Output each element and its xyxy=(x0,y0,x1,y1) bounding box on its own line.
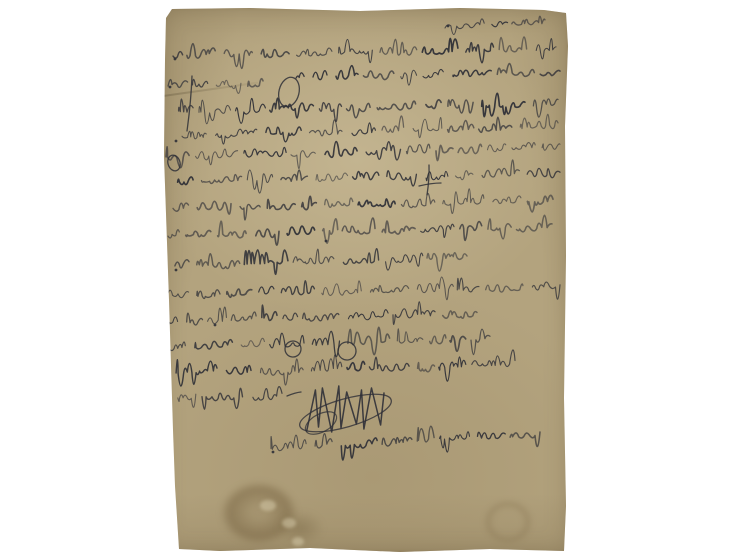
ink-dot xyxy=(175,140,178,143)
ink-dot xyxy=(169,86,172,89)
ink-dot xyxy=(214,324,217,327)
handwriting-line-body-9 xyxy=(175,249,467,275)
letter-paper xyxy=(160,6,570,554)
scan-background: ה' תמוז, מיר. שלום רב Hebrew cursive han… xyxy=(0,0,740,557)
handwriting-line-body-2a xyxy=(276,64,560,109)
handwriting-line-body-2b xyxy=(168,79,263,94)
ink-dot xyxy=(447,25,450,28)
handwriting-line-body-4 xyxy=(175,114,558,144)
handwriting-line-body-3 xyxy=(179,93,558,123)
ink-dot xyxy=(272,451,275,454)
ink-dot xyxy=(175,269,178,272)
handwriting-line-body-10 xyxy=(168,277,560,300)
handwriting-line-body-7 xyxy=(173,189,553,220)
handwriting-line-body-1 xyxy=(173,37,556,68)
handwriting-line-valediction xyxy=(178,387,282,410)
ink-dot xyxy=(174,58,177,61)
handwriting-line-body-5 xyxy=(166,142,560,173)
ink-extra-stroke xyxy=(419,183,441,186)
ink-extra-stroke xyxy=(187,76,192,131)
ink-dot xyxy=(325,240,328,243)
handwriting-line-body-12 xyxy=(164,327,490,361)
handwriting-line-body-6 xyxy=(178,160,560,193)
handwriting-line-dateline xyxy=(445,16,545,34)
handwriting-ink-layer xyxy=(160,6,570,554)
handwriting-line-body-8 xyxy=(168,215,552,245)
signature-scribble xyxy=(296,386,395,440)
handwriting-line-body-11 xyxy=(167,302,477,327)
handwriting-line-body-13 xyxy=(176,350,515,386)
ink-extra-stroke xyxy=(287,392,301,396)
